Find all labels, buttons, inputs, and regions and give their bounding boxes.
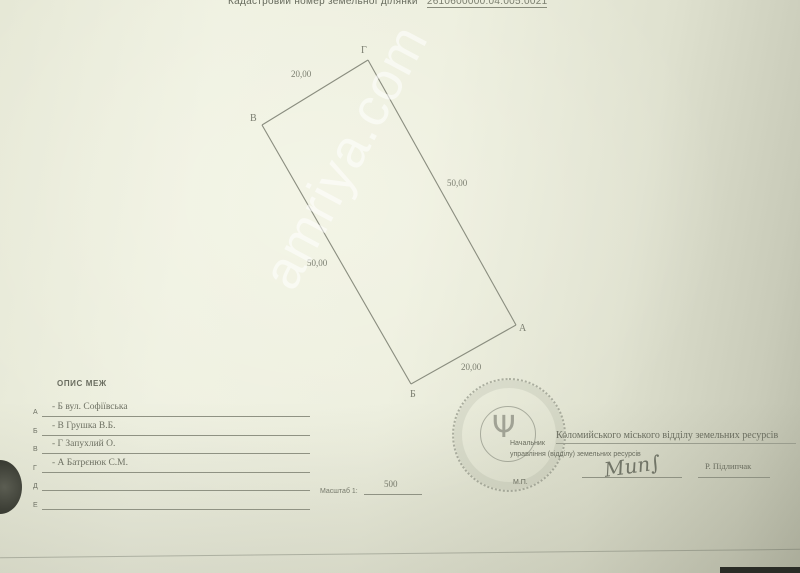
bounds-row-line xyxy=(42,509,310,510)
bounds-row-line xyxy=(42,435,310,436)
bounds-list: А - Б вул. Софіївська Б - В Грушка В.Б. … xyxy=(30,400,310,511)
side-length-v-g: 20,00 xyxy=(291,69,312,79)
bounds-row-letter: Б xyxy=(33,428,38,435)
signer-name: Р. Підлипчак xyxy=(705,461,751,471)
bounds-row-line xyxy=(42,490,310,491)
bounds-row-letter: Д xyxy=(33,483,38,490)
side-length-g-a: 50,00 xyxy=(447,178,468,188)
scale-value: 500 xyxy=(384,479,398,489)
scale: Масштаб 1: 500 xyxy=(320,488,422,495)
scale-line xyxy=(364,494,422,495)
bounds-row-text: - В Грушка В.Б. xyxy=(52,421,115,431)
bounds-row-line xyxy=(42,416,310,417)
official-stamp: Ψ xyxy=(452,378,566,492)
bounds-row-text: - Г Запухлий О. xyxy=(52,439,115,449)
bounds-row-letter: Е xyxy=(33,502,38,509)
bounds-row: Д xyxy=(30,474,310,493)
table-edge xyxy=(720,567,800,573)
side-length-a-b: 20,00 xyxy=(461,362,482,372)
bounds-row-text: - Б вул. Софіївська xyxy=(52,402,128,412)
bounds-row-letter: А xyxy=(33,409,38,416)
bounds-row-letter: Г xyxy=(33,465,37,472)
bounds-row-line xyxy=(42,472,310,473)
bounds-row-letter: В xyxy=(33,446,38,453)
bounds-row: А - Б вул. Софіївська xyxy=(30,400,310,419)
organization-line xyxy=(556,443,796,444)
bounds-row: Е xyxy=(30,493,310,512)
role-title: Начальник xyxy=(510,440,545,447)
vertex-label-v: В xyxy=(250,113,257,124)
bounds-row: Б - В Грушка В.Б. xyxy=(30,419,310,438)
bounds-row: В - Г Запухлий О. xyxy=(30,437,310,456)
signature-line xyxy=(582,477,682,478)
side-a-b xyxy=(411,325,516,384)
bounds-row: Г - А Батрєнюк С.М. xyxy=(30,456,310,475)
bounds-row-text: - А Батрєнюк С.М. xyxy=(52,458,128,468)
vertex-label-b: Б xyxy=(410,389,416,400)
organization-name: Коломийського міського відділу земельних… xyxy=(556,430,778,441)
signer-line xyxy=(698,477,770,478)
scale-label: Масштаб 1: xyxy=(320,488,358,495)
bounds-title: ОПИС МЕЖ xyxy=(57,379,107,388)
vertex-label-a: А xyxy=(519,323,527,334)
bounds-row-line xyxy=(42,453,310,454)
stamp-place-label: М.П. xyxy=(513,479,528,486)
